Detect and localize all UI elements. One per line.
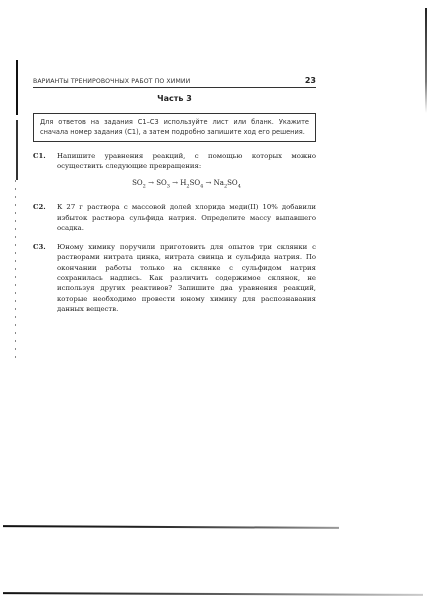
task-text: К 27 г раствора с массовой долей хлорида… <box>57 202 316 233</box>
task-label: С3. <box>33 242 57 314</box>
arrow-icon: → <box>172 179 178 187</box>
reaction-chain: SO2 → SO3 → H2SO4 → Na2SO4 <box>57 178 316 192</box>
task-text: Напишите уравнения реакций, с помощью ко… <box>57 151 316 172</box>
scan-binding-edge <box>16 120 18 180</box>
running-head-title: ВАРИАНТЫ ТРЕНИРОВОЧНЫХ РАБОТ ПО ХИМИИ <box>33 78 190 85</box>
task-label: С2. <box>33 202 57 233</box>
task-c1: С1. Напишите уравнения реакций, с помощь… <box>33 151 316 193</box>
instructions-box: Для ответов на задания С1–С3 используйте… <box>33 113 316 142</box>
running-head: ВАРИАНТЫ ТРЕНИРОВОЧНЫХ РАБОТ ПО ХИМИИ 23 <box>33 76 316 88</box>
scan-edge-line <box>3 592 423 595</box>
task-c3: С3. Юному химику поручили приготовить дл… <box>33 242 316 314</box>
document-page: ВАРИАНТЫ ТРЕНИРОВОЧНЫХ РАБОТ ПО ХИМИИ 23… <box>33 70 316 314</box>
arrow-icon: → <box>148 179 154 187</box>
scan-artifact <box>15 180 16 360</box>
task-label: С1. <box>33 151 57 193</box>
task-text: Юному химику поручили приготовить для оп… <box>57 242 316 314</box>
scan-binding-edge <box>16 60 18 115</box>
task-c2: С2. К 27 г раствора с массовой долей хло… <box>33 202 316 233</box>
arrow-icon: → <box>206 179 212 187</box>
page-number: 23 <box>305 76 316 85</box>
scan-edge-line <box>3 525 339 529</box>
part-title: Часть 3 <box>33 94 316 103</box>
